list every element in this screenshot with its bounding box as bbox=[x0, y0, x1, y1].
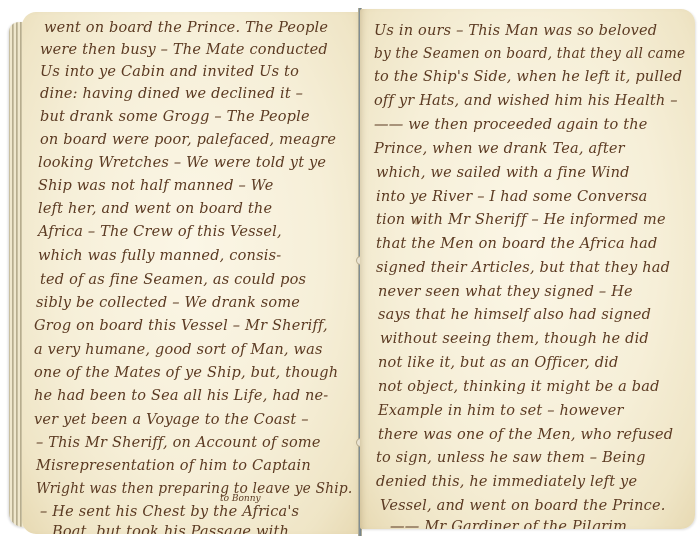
text-line: denied this, he immediately left ye bbox=[376, 474, 637, 490]
text-line: to sign, unless he saw them – Being bbox=[376, 450, 646, 466]
text-line: were then busy – The Mate conducted bbox=[40, 42, 328, 58]
text-line: Boat, but took his Passage with bbox=[52, 524, 289, 534]
text-line: —— Mr Gardiner of the Pilgrim, bbox=[390, 519, 632, 529]
text-line: into ye River – I had some Conversa bbox=[376, 189, 648, 205]
text-line: that the Men on board the Africa had bbox=[376, 236, 657, 252]
text-line: Vessel, and went on board the Prince. bbox=[380, 498, 666, 514]
text-line: left her, and went on board the bbox=[38, 201, 272, 217]
text-line: but drank some Grogg – The People bbox=[40, 109, 310, 125]
text-line: Africa – The Crew of this Vessel, bbox=[38, 224, 282, 240]
text-line: Prince, when we drank Tea, after bbox=[374, 141, 625, 157]
interlinear-insertion: to Bonny bbox=[220, 494, 261, 504]
text-line: not object, thinking it might be a bad bbox=[378, 379, 660, 395]
left-page: went on board the Prince. The People wer… bbox=[22, 12, 362, 534]
text-line: ted of as fine Seamen, as could pos bbox=[40, 272, 306, 288]
text-line: there was one of the Men, who refused bbox=[378, 427, 673, 443]
text-line: to the Ship's Side, when he left it, pul… bbox=[374, 69, 682, 85]
text-line: which, we sailed with a fine Wind bbox=[376, 165, 630, 181]
right-page: Us in ours – This Man was so beloved by … bbox=[360, 9, 695, 529]
text-line: on board were poor, palefaced, meagre bbox=[40, 132, 336, 148]
text-line: not like it, but as an Officer, did bbox=[378, 355, 619, 371]
text-line: off yr Hats, and wished him his Health – bbox=[374, 93, 678, 109]
text-line: —— we then proceeded again to the bbox=[374, 117, 648, 133]
text-line: ver yet been a Voyage to the Coast – bbox=[34, 412, 309, 428]
text-line: dine: having dined we declined it – bbox=[40, 86, 303, 102]
text-line: Wright was then preparing to leave ye Sh… bbox=[36, 481, 352, 497]
text-line: Grog on board this Vessel – Mr Sheriff, bbox=[34, 318, 328, 334]
text-line: Ship was not half manned – We bbox=[38, 178, 274, 194]
right-page-text: Us in ours – This Man was so beloved by … bbox=[360, 9, 695, 529]
text-line: one of the Mates of ye Ship, but, though bbox=[34, 365, 338, 381]
text-line: never seen what they signed – He bbox=[378, 284, 633, 300]
text-line: sibly be collected – We drank some bbox=[36, 295, 300, 311]
open-journal: went on board the Prince. The People wer… bbox=[0, 0, 700, 554]
text-line: – This Mr Sheriff, on Account of some bbox=[36, 435, 321, 451]
text-line: Example in him to set – however bbox=[378, 403, 624, 419]
left-page-text: went on board the Prince. The People wer… bbox=[22, 12, 362, 534]
text-line: a very humane, good sort of Man, was bbox=[34, 342, 323, 358]
text-line: looking Wretches – We were told yt ye bbox=[38, 155, 326, 171]
text-line: signed their Articles, but that they had bbox=[376, 260, 670, 276]
text-line: without seeing them, though he did bbox=[380, 331, 649, 347]
text-line: went on board the Prince. The People bbox=[44, 20, 328, 36]
text-line: Us in ours – This Man was so beloved bbox=[374, 23, 657, 39]
text-line: he had been to Sea all his Life, had ne- bbox=[34, 388, 328, 404]
text-line: by the Seamen on board, that they all ca… bbox=[374, 46, 685, 62]
text-line: which was fully manned, consis- bbox=[38, 248, 281, 264]
text-line: tion with Mr Sheriff – He informed me bbox=[376, 212, 666, 228]
text-line: – He sent his Chest by the Africa's bbox=[40, 504, 299, 520]
text-line: Us into ye Cabin and invited Us to bbox=[40, 64, 299, 80]
text-line: says that he himself also had signed bbox=[378, 307, 651, 323]
text-line: Misrepresentation of him to Captain bbox=[36, 458, 311, 474]
